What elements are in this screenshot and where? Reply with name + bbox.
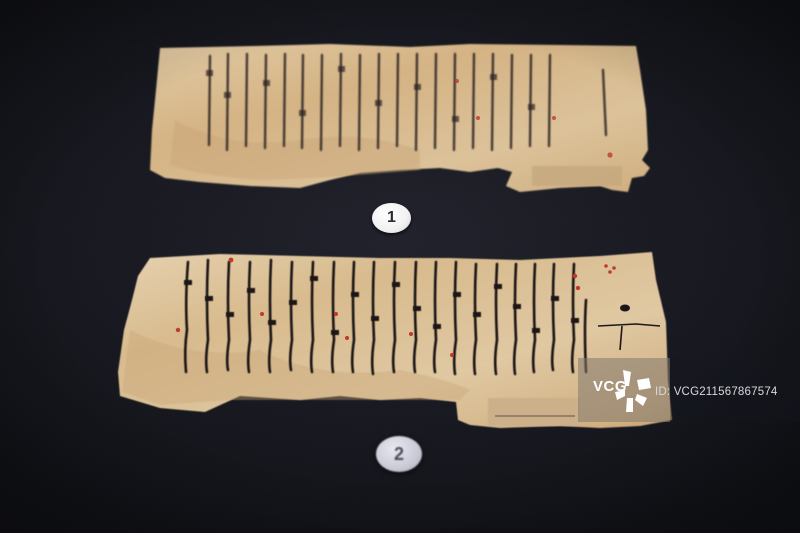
fragment-1-number-label: 1 — [372, 203, 411, 233]
photo-scene: 1 2 VCG ID: VCG211567867574 — [0, 0, 800, 533]
label-1-text: 1 — [387, 209, 396, 227]
vcg-logo-icon — [613, 368, 653, 416]
fragment-2-number-label: 2 — [376, 436, 422, 472]
watermark-id: ID: VCG211567867574 — [655, 386, 778, 398]
label-2-text: 2 — [394, 444, 404, 465]
